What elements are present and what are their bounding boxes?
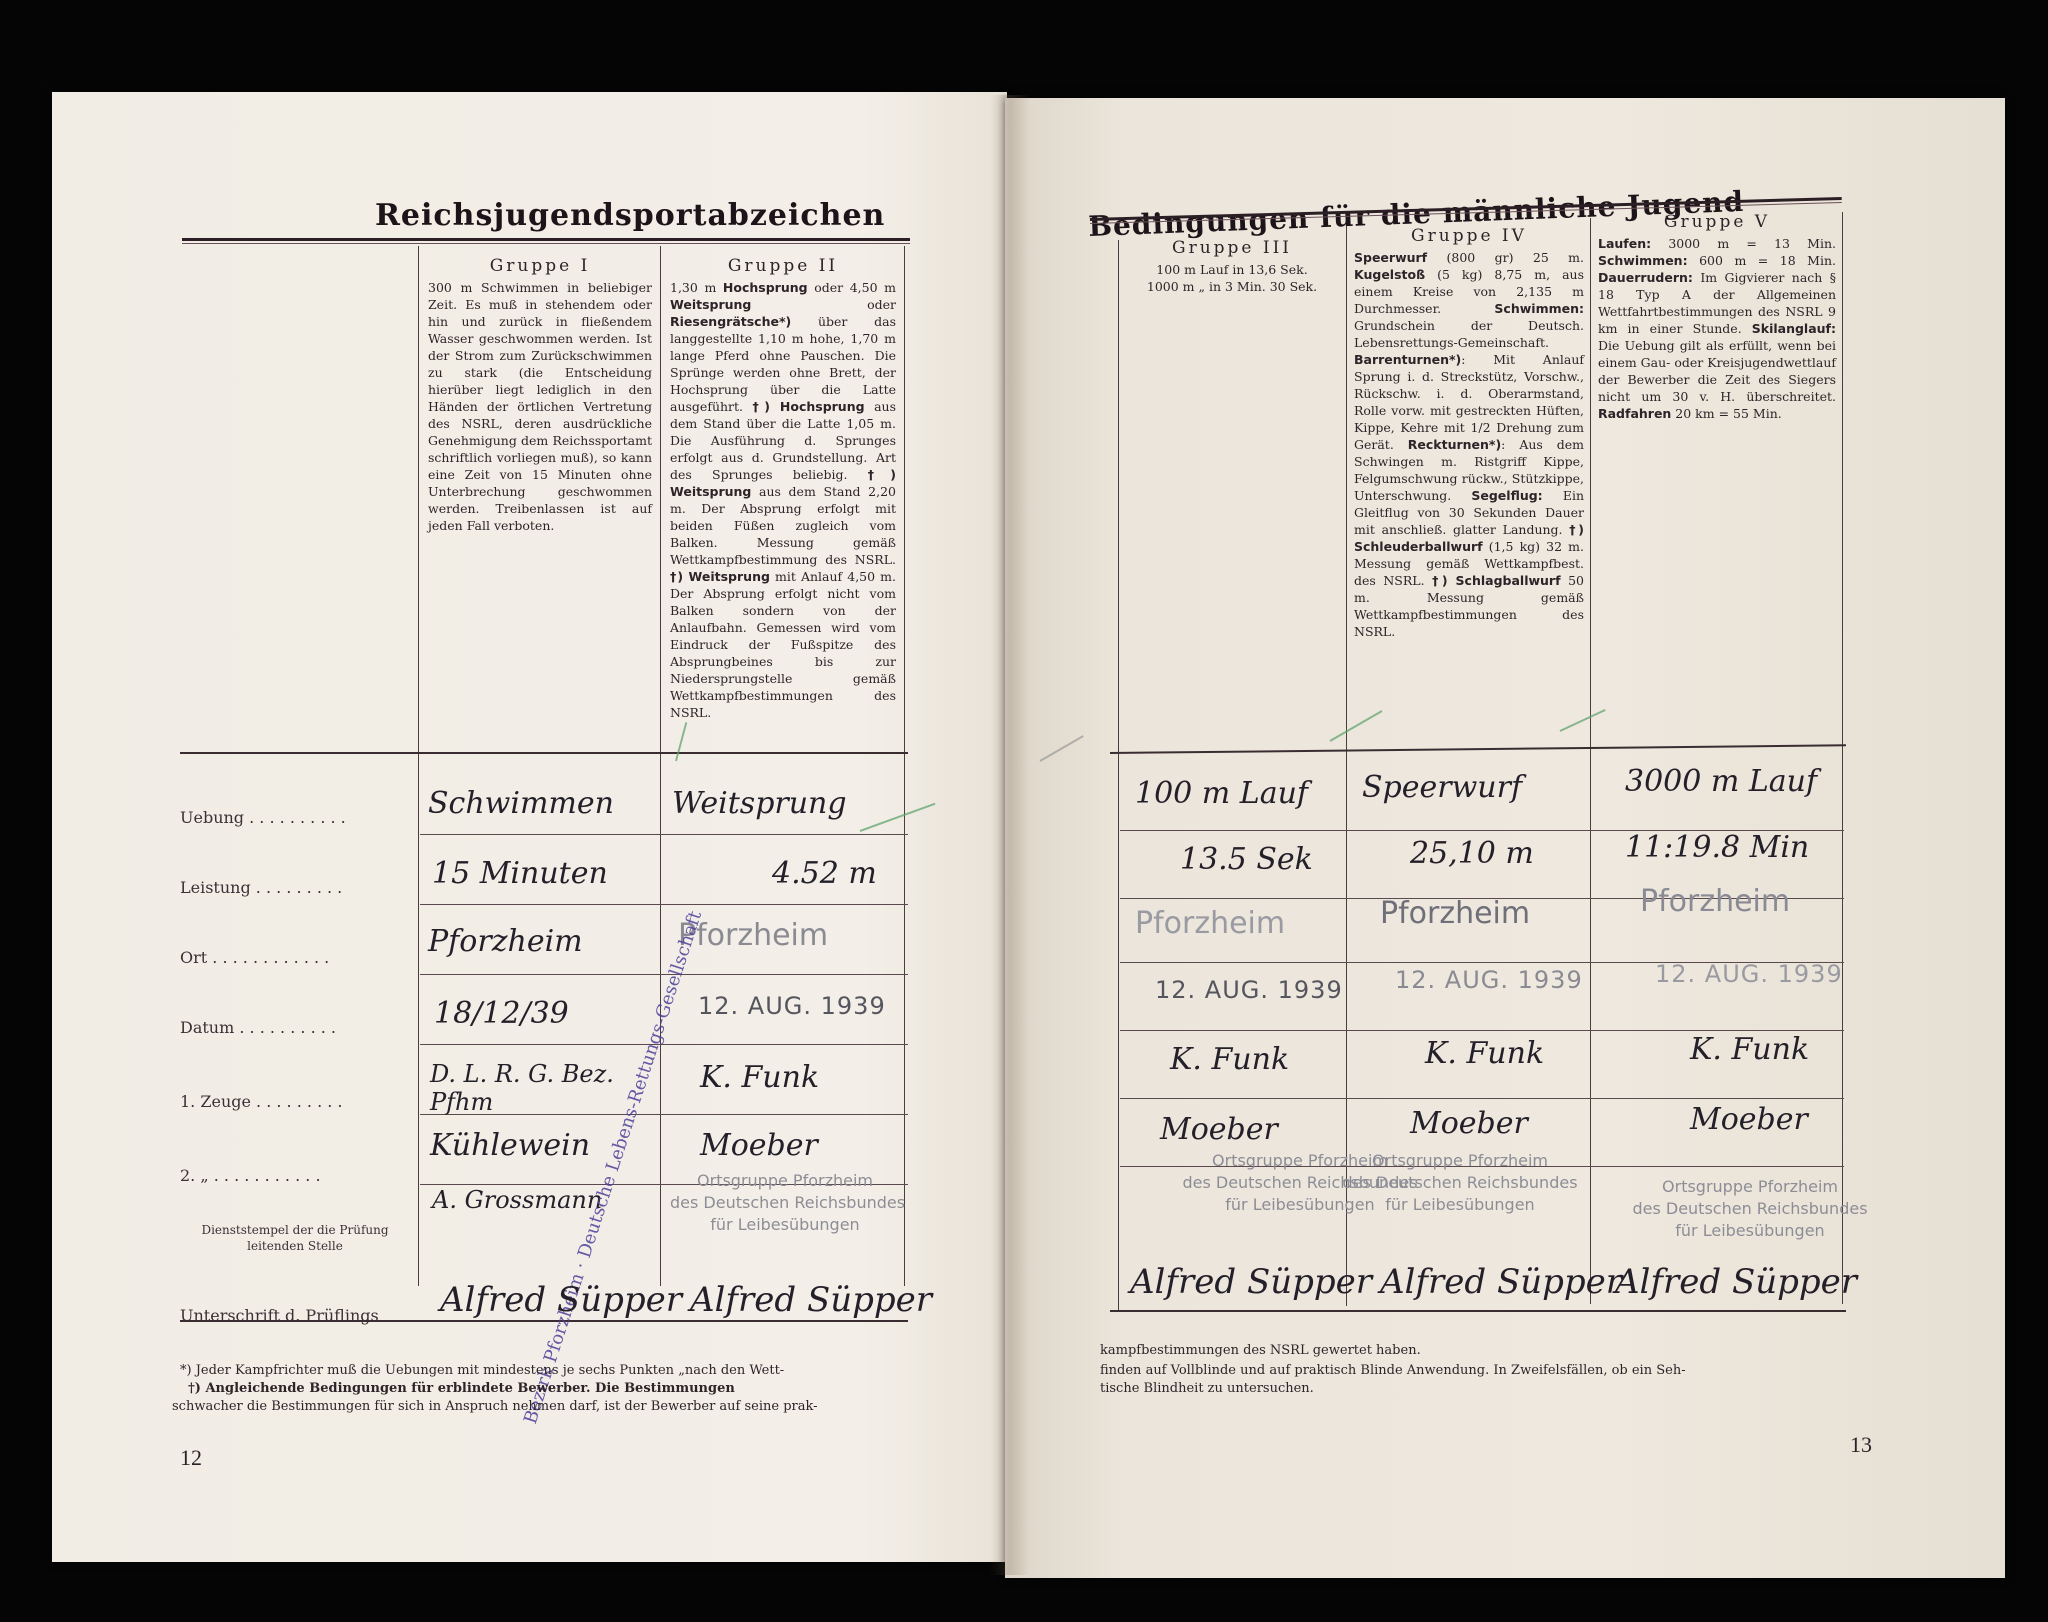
signature: Alfred Süpper bbox=[1130, 1262, 1372, 1302]
entry-datum: 18/12/39 bbox=[434, 996, 569, 1031]
datum-stamp: 12. AUG. 1939 bbox=[698, 992, 886, 1020]
entry-line bbox=[420, 834, 908, 835]
group-1-heading: Gruppe I bbox=[428, 258, 652, 275]
group-3-heading: Gruppe III bbox=[1122, 240, 1342, 257]
column-divider bbox=[904, 246, 905, 1286]
datum-stamp: 12. AUG. 1939 bbox=[1395, 966, 1583, 994]
org-stamp: Ortsgruppe Pforzheimdes Deutschen Reichs… bbox=[1630, 1176, 1870, 1242]
page-number: 13 bbox=[1850, 1432, 1872, 1458]
entry-line bbox=[1120, 1030, 1844, 1031]
org-stamp: Ortsgruppe Pforzheimdes Deutschen Reichs… bbox=[1340, 1150, 1580, 1216]
entry-leistung: 25,10 m bbox=[1410, 836, 1534, 871]
label-ort: Ort . . . . . . . . . . . . bbox=[180, 948, 329, 967]
ort-stamp: Pforzheim bbox=[1380, 896, 1530, 931]
footnote: tische Blindheit zu untersuchen. bbox=[1100, 1380, 1314, 1398]
datum-stamp: 12. AUG. 1939 bbox=[1155, 976, 1343, 1004]
group-4-text: Speerwurf (800 gr) 25 m. Kugelstoß (5 kg… bbox=[1354, 249, 1584, 640]
group-3-line: 1000 m „ in 3 Min. 30 Sek. bbox=[1122, 278, 1342, 295]
datum-stamp: 12. AUG. 1939 bbox=[1655, 960, 1843, 988]
column-divider bbox=[418, 246, 419, 1286]
signature: Alfred Süpper bbox=[690, 1280, 932, 1320]
group-1-description: Gruppe I 300 m Schwimmen in beliebiger Z… bbox=[428, 258, 652, 534]
signature-line bbox=[1110, 1310, 1846, 1312]
column-divider bbox=[1842, 212, 1843, 1304]
label-leistung: Leistung . . . . . . . . . bbox=[180, 878, 342, 897]
ort-stamp: Pforzheim bbox=[1135, 906, 1285, 941]
signature-line bbox=[180, 1320, 908, 1322]
org-stamp: Ortsgruppe Pforzheimdes Deutschen Reichs… bbox=[670, 1170, 900, 1236]
entry-uebung: Weitsprung bbox=[672, 786, 847, 821]
entry-uebung: 3000 m Lauf bbox=[1625, 764, 1817, 799]
entry-zeuge-2: Moeber bbox=[700, 1128, 818, 1163]
entry-zeuge-1: K. Funk bbox=[1170, 1042, 1289, 1077]
book-gutter bbox=[990, 95, 1030, 1575]
entry-leistung: 13.5 Sek bbox=[1180, 842, 1313, 877]
label-datum: Datum . . . . . . . . . . bbox=[180, 1018, 336, 1037]
group-4-heading: Gruppe IV bbox=[1354, 228, 1584, 245]
label-zeuge-2: 2. „ . . . . . . . . . . . bbox=[180, 1166, 321, 1185]
footnote: kampfbestimmungen des NSRL gewertet habe… bbox=[1100, 1342, 1421, 1360]
entry-leistung: 15 Minuten bbox=[432, 856, 608, 891]
entry-uebung: Schwimmen bbox=[428, 786, 614, 821]
entry-zeuge-1: K. Funk bbox=[700, 1060, 819, 1095]
entry-zeuge-2: Moeber bbox=[1410, 1106, 1528, 1141]
footnote: †) Angleichende Bedingungen für erblinde… bbox=[188, 1380, 735, 1398]
column-divider bbox=[1118, 240, 1119, 1310]
group-4-description: Gruppe IV Speerwurf (800 gr) 25 m. Kugel… bbox=[1354, 228, 1584, 640]
page-number: 12 bbox=[180, 1445, 202, 1471]
left-page-title: Reichsjugendsportabzeichen bbox=[375, 198, 885, 233]
entry-zeuge-1: K. Funk bbox=[1690, 1032, 1809, 1067]
entry-extra-signature: A. Grossmann bbox=[432, 1186, 602, 1214]
entry-leistung: 11:19.8 Min bbox=[1625, 830, 1809, 865]
group-3-line: 100 m Lauf in 13,6 Sek. bbox=[1122, 261, 1342, 278]
entry-zeuge-1: K. Funk bbox=[1425, 1036, 1544, 1071]
signature: Alfred Süpper bbox=[1380, 1262, 1622, 1302]
label-uebung: Uebung . . . . . . . . . . bbox=[180, 808, 346, 827]
entry-zeuge-2: Kühlewein bbox=[430, 1128, 590, 1163]
entry-zeuge-2: Moeber bbox=[1160, 1112, 1278, 1147]
entry-line bbox=[420, 904, 908, 905]
ort-stamp: Pforzheim bbox=[1640, 884, 1790, 919]
section-divider bbox=[180, 752, 908, 754]
footnote: *) Jeder Kampfrichter muß die Uebungen m… bbox=[180, 1362, 784, 1380]
entry-uebung: 100 m Lauf bbox=[1135, 776, 1308, 811]
signature: Alfred Süpper bbox=[1615, 1262, 1857, 1302]
group-1-text: 300 m Schwimmen in beliebiger Zeit. Es m… bbox=[428, 279, 652, 534]
group-5-description: Gruppe V Laufen: 3000 m = 13 Min. Schwim… bbox=[1598, 214, 1836, 422]
label-dienststempel: Dienststempel der die Prüfung leitenden … bbox=[180, 1222, 410, 1254]
footnote: schwacher die Bestimmungen für sich in A… bbox=[172, 1398, 818, 1416]
column-divider bbox=[1346, 226, 1347, 1306]
group-2-heading: Gruppe II bbox=[670, 258, 896, 275]
entry-uebung: Speerwurf bbox=[1362, 770, 1522, 805]
group-5-text: Laufen: 3000 m = 13 Min. Schwimmen: 600 … bbox=[1598, 235, 1836, 422]
label-unterschrift: Unterschrift d. Prüflings bbox=[180, 1306, 379, 1325]
entry-zeuge-2: Moeber bbox=[1690, 1102, 1808, 1137]
title-rule bbox=[182, 238, 910, 244]
entry-ort: Pforzheim bbox=[428, 924, 583, 959]
entry-line bbox=[1120, 1098, 1844, 1099]
group-5-heading: Gruppe V bbox=[1598, 214, 1836, 231]
footnote: finden auf Vollblinde und auf praktisch … bbox=[1100, 1362, 1686, 1380]
group-2-text: 1,30 m Hochsprung oder 4,50 m Weitsprung… bbox=[670, 279, 896, 721]
entry-leistung: 4.52 m bbox=[772, 856, 877, 891]
column-divider bbox=[1590, 218, 1591, 1304]
group-2-description: Gruppe II 1,30 m Hochsprung oder 4,50 m … bbox=[670, 258, 896, 721]
column-divider bbox=[660, 246, 661, 1286]
signature: Alfred Süpper bbox=[440, 1280, 682, 1320]
group-3-description: Gruppe III 100 m Lauf in 13,6 Sek. 1000 … bbox=[1122, 240, 1342, 295]
label-zeuge-1: 1. Zeuge . . . . . . . . . bbox=[180, 1092, 343, 1111]
